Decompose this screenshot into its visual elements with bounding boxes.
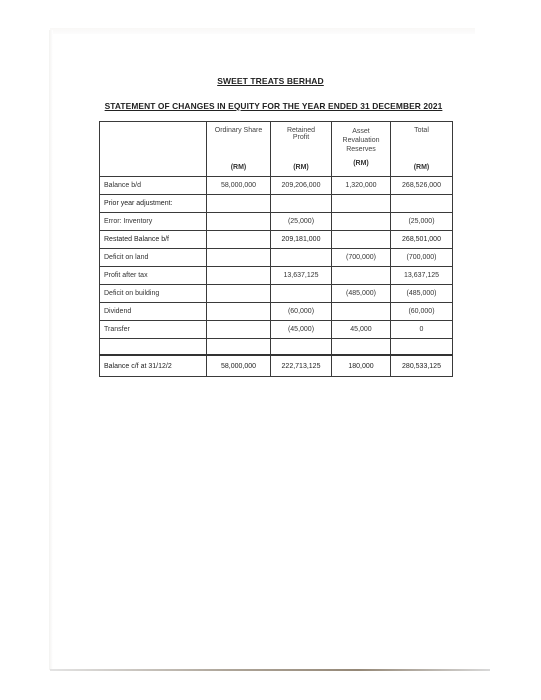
cell-ordinary-share	[207, 195, 271, 213]
row-label: Error: Inventory	[100, 213, 207, 231]
cell-asset-revaluation	[332, 195, 391, 213]
page-top-shadow	[50, 28, 475, 34]
cell-total: 13,637,125	[391, 267, 453, 285]
table-row: Error: Inventory(25,000)(25,000)	[100, 213, 453, 231]
row-label: Restated Balance b/f	[100, 231, 207, 249]
cell-asset-revaluation	[332, 213, 391, 231]
equity-table: Ordinary Share (RM) Retained Profit (RM)…	[99, 121, 453, 377]
table-row	[100, 339, 453, 356]
header-asset-revaluation: Asset Revaluation Reserves (RM)	[332, 122, 391, 177]
cell-asset-revaluation: 45,000	[332, 321, 391, 339]
cell-retained-profit: 209,206,000	[271, 177, 332, 195]
cell-asset-revaluation	[332, 231, 391, 249]
cell-ordinary-share: 58,000,000	[207, 177, 271, 195]
cell-ordinary-share	[207, 249, 271, 267]
cell-retained-profit	[271, 195, 332, 213]
cell-total: 0	[391, 321, 453, 339]
cell-ordinary-share	[207, 303, 271, 321]
header-retained-profit: Retained Profit (RM)	[271, 122, 332, 177]
table-header-row: Ordinary Share (RM) Retained Profit (RM)…	[100, 122, 453, 177]
cell-retained-profit: 222,713,125	[271, 355, 332, 377]
table-row: Profit after tax13,637,12513,637,125	[100, 267, 453, 285]
table-row: Transfer(45,000)45,0000	[100, 321, 453, 339]
header-label: Retained Profit	[281, 127, 321, 141]
cell-asset-revaluation	[332, 267, 391, 285]
cell-asset-revaluation	[332, 303, 391, 321]
company-name: SWEET TREATS BERHAD	[0, 76, 541, 86]
cell-retained-profit	[271, 339, 332, 356]
table-row: Dividend(60,000)(60,000)	[100, 303, 453, 321]
cell-total: (700,000)	[391, 249, 453, 267]
cell-total	[391, 195, 453, 213]
table-row: Balance b/d58,000,000209,206,0001,320,00…	[100, 177, 453, 195]
row-label: Prior year adjustment:	[100, 195, 207, 213]
cell-total: 268,526,000	[391, 177, 453, 195]
row-label	[100, 339, 207, 356]
cell-ordinary-share	[207, 267, 271, 285]
cell-total: 268,501,000	[391, 231, 453, 249]
header-ordinary-share: Ordinary Share (RM)	[207, 122, 271, 177]
cell-asset-revaluation: (485,000)	[332, 285, 391, 303]
cell-retained-profit: (60,000)	[271, 303, 332, 321]
cell-total: (25,000)	[391, 213, 453, 231]
cell-retained-profit: (45,000)	[271, 321, 332, 339]
statement-title: STATEMENT OF CHANGES IN EQUITY FOR THE Y…	[3, 101, 541, 111]
cell-total	[391, 339, 453, 356]
cell-retained-profit	[271, 285, 332, 303]
row-label: Deficit on building	[100, 285, 207, 303]
cell-retained-profit: (25,000)	[271, 213, 332, 231]
header-unit: (RM)	[271, 164, 331, 171]
header-unit: (RM)	[207, 164, 270, 171]
cell-ordinary-share	[207, 321, 271, 339]
cell-ordinary-share	[207, 285, 271, 303]
header-unit: (RM)	[391, 164, 452, 171]
cell-total: (485,000)	[391, 285, 453, 303]
table-row: Deficit on building(485,000)(485,000)	[100, 285, 453, 303]
page-left-edge	[49, 30, 53, 670]
header-total: Total (RM)	[391, 122, 453, 177]
cell-asset-revaluation: (700,000)	[332, 249, 391, 267]
row-label: Balance c/f at 31/12/2	[100, 355, 207, 377]
table-row: Prior year adjustment:	[100, 195, 453, 213]
row-label: Profit after tax	[100, 267, 207, 285]
row-label: Deficit on land	[100, 249, 207, 267]
cell-total: (60,000)	[391, 303, 453, 321]
header-unit: (RM)	[332, 160, 390, 167]
cell-ordinary-share	[207, 213, 271, 231]
table-row: Restated Balance b/f209,181,000268,501,0…	[100, 231, 453, 249]
cell-total: 280,533,125	[391, 355, 453, 377]
cell-retained-profit	[271, 249, 332, 267]
cell-ordinary-share: 58,000,000	[207, 355, 271, 377]
page-bottom-edge	[50, 669, 490, 671]
cell-asset-revaluation: 1,320,000	[332, 177, 391, 195]
cell-ordinary-share	[207, 231, 271, 249]
header-label: Asset Revaluation Reserves	[337, 127, 385, 154]
cell-ordinary-share	[207, 339, 271, 356]
header-label: Ordinary Share	[211, 127, 266, 134]
cell-asset-revaluation: 180,000	[332, 355, 391, 377]
cell-retained-profit: 209,181,000	[271, 231, 332, 249]
cell-asset-revaluation	[332, 339, 391, 356]
table-row: Deficit on land(700,000)(700,000)	[100, 249, 453, 267]
row-label: Transfer	[100, 321, 207, 339]
row-label: Balance b/d	[100, 177, 207, 195]
table-row: Balance c/f at 31/12/258,000,000222,713,…	[100, 355, 453, 377]
header-blank	[100, 122, 207, 177]
row-label: Dividend	[100, 303, 207, 321]
cell-retained-profit: 13,637,125	[271, 267, 332, 285]
header-label: Total	[395, 127, 448, 134]
